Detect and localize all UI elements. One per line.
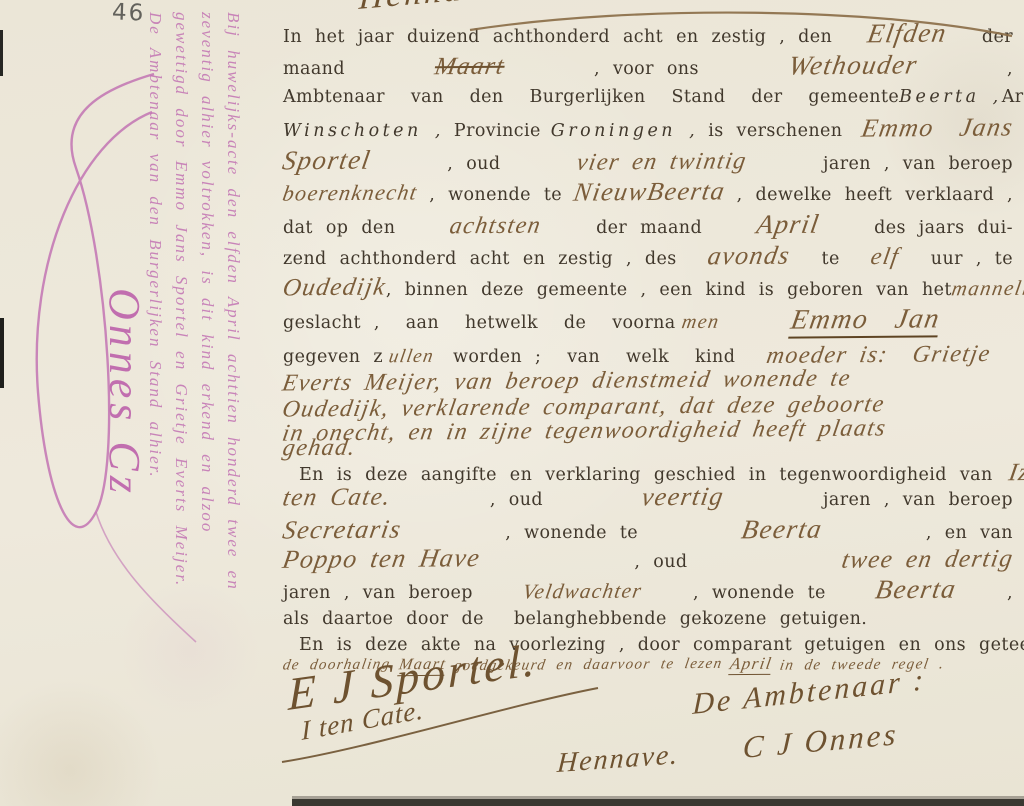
act-line: In het jaar duizend achthonderd acht en … — [283, 18, 1013, 52]
act-line: Winschoten ,ProvincieGroningen ,is versc… — [283, 113, 1013, 146]
act-line: dat op denachtstender maandAprildes jaar… — [283, 209, 1013, 243]
printed-form-text: maand — [283, 54, 345, 84]
handwritten-entry: mannelijk — [949, 273, 1024, 304]
act-line: boerenknecht, wonende teNieuwBeerta, dew… — [283, 177, 1013, 210]
act-line: gehad. — [283, 436, 1013, 460]
handwritten-entry: gehad. — [281, 436, 358, 461]
printed-form-text: te — [822, 244, 840, 274]
document-page: 46 Bij huwelijks-acte den elfden April a… — [0, 0, 1024, 806]
printed-form-text: Groningen , — [551, 116, 698, 146]
handwritten-entry: Beerta — [739, 514, 825, 545]
printed-form-text: der maand — [596, 213, 702, 243]
margin-annotation-line: Bij huwelijks-acte den elfden April acht… — [220, 12, 246, 702]
act-line: Poppo ten Have, oudtwee en dertig — [283, 544, 1013, 577]
signature-previous-act: Hennave — [358, 0, 501, 18]
printed-form-text: , dewelke heeft verklaard , — [737, 180, 1013, 210]
margin-signature: Onnes Cz — [42, 288, 150, 648]
scan-left-edge-mark — [0, 30, 3, 76]
handwritten-entry: elf — [869, 242, 902, 272]
margin-signature-wrap: Onnes Cz — [42, 288, 150, 648]
handwritten-entry: men — [679, 307, 722, 337]
printed-form-text: des jaars dui- — [874, 213, 1013, 243]
printed-form-text: Provincie — [454, 116, 541, 146]
act-line: geslacht , aan hetwelk de voornamenEmmo … — [283, 305, 1013, 338]
printed-form-text: Beerta , — [899, 82, 1002, 112]
act-line: Secretaris, wonende teBeerta, en van — [283, 514, 1013, 548]
scan-bottom-edge — [292, 799, 1024, 806]
handwritten-entry: achtsten — [448, 211, 544, 242]
act-line: maandMaart, voor onsWethouder, — [283, 50, 1013, 84]
handwritten-entry: Oudedijk — [280, 273, 388, 304]
margin-annotation-line: zeventig alhier voltrokken, is dit kind … — [194, 12, 220, 702]
printed-form-text: uur , te — [931, 244, 1013, 274]
handwritten-entry: Maart — [432, 52, 507, 83]
handwritten-entry: Sportel — [280, 145, 373, 176]
margin-annotation-text: Bij huwelijks-acte den elfden April acht… — [142, 12, 268, 702]
handwritten-entry: avonds — [705, 241, 792, 272]
act-line: Ambtenaar van den Burgerlijken Stand der… — [283, 82, 1013, 112]
signature-onnes: C J Onnes — [742, 716, 899, 766]
printed-form-text: , oud — [490, 485, 543, 515]
act-line: ten Cate., oudveertigjaren , van beroep — [283, 482, 1013, 515]
printed-form-text: , binnen deze gemeente , een kind is geb… — [386, 275, 952, 305]
signature-ten-have: Hennave. — [556, 739, 680, 780]
printed-form-text: der — [982, 22, 1013, 52]
scan-bottom-edge-shadow — [292, 796, 1024, 799]
act-line: jaren , van beroepVeldwachter, wonende t… — [283, 574, 1013, 608]
handwritten-entry: twee en dertig — [839, 544, 1016, 575]
margin-annotation: Bij huwelijks-acte den elfden April acht… — [142, 12, 268, 712]
handwritten-entry: Emmo Jans — [860, 112, 1016, 143]
printed-form-text: jaren , van beroep — [823, 485, 1013, 515]
act-line: Sportel, oudvier en twintigjaren , van b… — [283, 145, 1013, 179]
handwritten-entry: Secretaris — [280, 514, 404, 545]
printed-form-text: , oud — [447, 149, 500, 179]
printed-form-text: In het jaar duizend achthonderd acht en … — [283, 22, 832, 52]
pencil-act-number: 46 — [112, 0, 146, 27]
printed-form-text: jaren , van beroep — [823, 149, 1013, 179]
printed-form-text: dat op den — [283, 213, 395, 243]
printed-form-text: zend achthonderd acht en zestig , des — [283, 244, 677, 274]
printed-form-text: Ambtenaar van den Burgerlijken Stand der… — [283, 82, 899, 112]
printed-form-text: , — [1007, 54, 1013, 84]
printed-form-text: , voor ons — [594, 54, 699, 84]
handwritten-entry: Wethouder — [786, 49, 920, 80]
printed-form-text: geslacht , aan hetwelk de voorna — [283, 308, 676, 338]
act-line: Oudedijk, binnen deze gemeente , een kin… — [283, 273, 1013, 305]
handwritten-entry: ten Cate. — [280, 483, 393, 514]
act-line: zend achthonderd acht en zestig , desavo… — [283, 241, 1013, 274]
printed-form-text: is verschenen — [708, 116, 842, 146]
printed-form-text: , oud — [634, 547, 687, 577]
handwritten-entry: Elfden — [865, 18, 949, 49]
handwritten-entry: Beerta — [874, 574, 960, 605]
handwritten-entry: April — [728, 654, 774, 675]
handwritten-entry: Poppo ten Have — [280, 543, 482, 575]
margin-annotation-line: gewettigd door Emmo Jans Sportel en Grie… — [168, 12, 194, 702]
scan-left-edge-mark — [0, 318, 4, 388]
handwritten-entry: Veldwachter — [521, 575, 645, 606]
printed-form-text: Winschoten , — [283, 116, 444, 146]
handwritten-entry: boerenknecht — [280, 177, 420, 208]
printed-form-text: Arrondissement — [1002, 82, 1024, 112]
handwritten-entry: April — [754, 209, 822, 240]
handwritten-entry: Emmo Jan — [788, 304, 942, 338]
printed-form-text: , wonende te — [429, 180, 562, 210]
handwritten-entry: vier en twintig — [574, 146, 749, 177]
handwritten-entry: NieuwBeerta — [571, 176, 727, 207]
handwritten-entry: veertig — [639, 482, 726, 513]
